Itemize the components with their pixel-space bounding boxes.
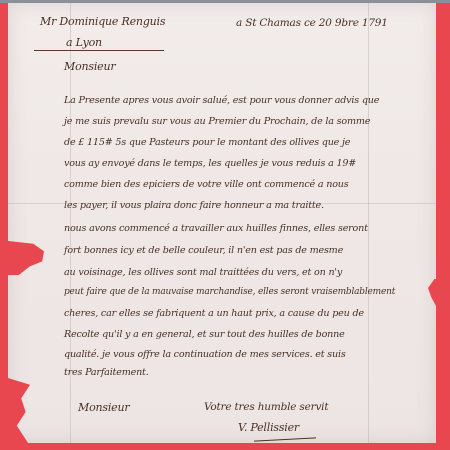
body-line: au voisinage, les ollives sont mal trait… — [64, 267, 342, 278]
signature-flourish — [254, 437, 316, 441]
paper-tear — [8, 241, 44, 275]
body-line: Recolte qu'il y a en general, et sur tou… — [64, 329, 345, 340]
body-line: nous avons commencé a travailler aux hui… — [64, 223, 368, 234]
dateline: a St Chamas ce 20 9bre 1791 — [236, 17, 388, 29]
body-line: fort bonnes icy et de belle couleur, il … — [64, 245, 343, 256]
body-line: de £ 115# 5s que Pasteurs pour le montan… — [64, 137, 350, 148]
salutation: Monsieur — [64, 60, 115, 73]
paper-tear — [8, 378, 30, 446]
body-line: tres Parfaitement. — [64, 367, 149, 378]
letter-paper: Mr Dominique Renguis a Lyon a St Chamas … — [8, 3, 436, 443]
paper-tear — [428, 279, 444, 309]
body-line: les payer, il vous plaira donc faire hon… — [64, 200, 324, 211]
body-line: je me suis prevalu sur vous au Premier d… — [64, 116, 370, 127]
body-line: qualité. je vous offre la continuation d… — [64, 349, 346, 360]
address-underline — [34, 50, 164, 51]
closing-monsieur: Monsieur — [78, 401, 129, 414]
body-line: La Presente apres vous avoir salué, est … — [64, 95, 379, 106]
closing-formula: Votre tres humble servit — [204, 401, 328, 413]
fold-line — [368, 3, 369, 443]
body-line: comme bien des epiciers de votre ville o… — [64, 179, 349, 190]
body-line: cheres, car elles se fabriquent a un hau… — [64, 308, 364, 319]
body-line: vous ay envoyé dans le temps, les quelle… — [64, 158, 356, 169]
recipient-name: Mr Dominique Renguis — [40, 15, 165, 28]
signature: V. Pellissier — [238, 421, 299, 434]
recipient-city: a Lyon — [66, 36, 102, 49]
body-line: peut faire que de la mauvaise marchandis… — [64, 287, 395, 297]
